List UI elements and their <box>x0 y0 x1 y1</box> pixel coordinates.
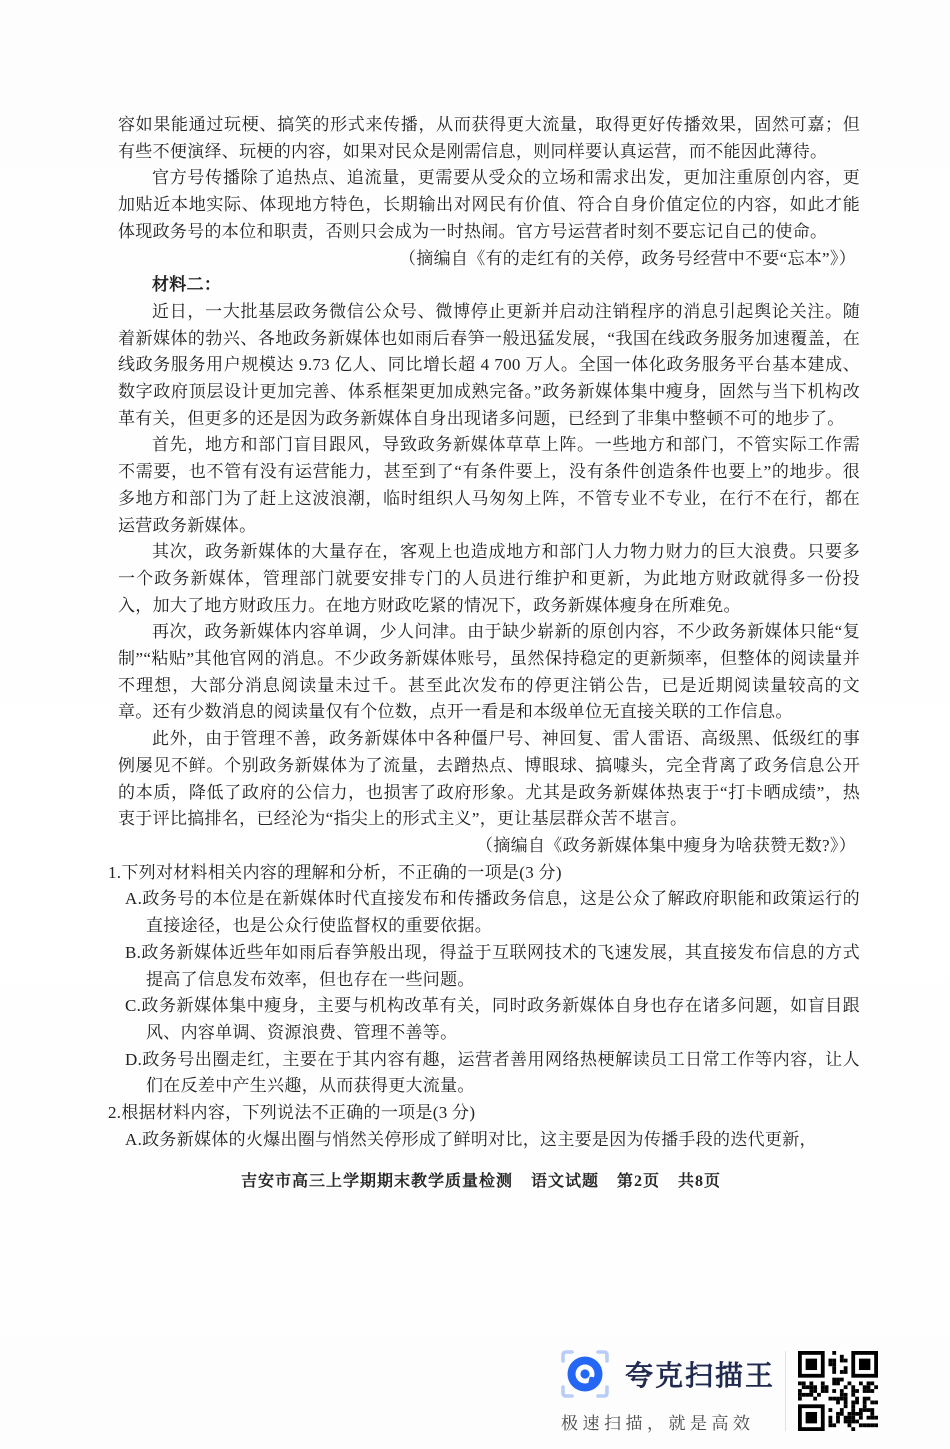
paragraph-option: A.政务号的本位是在新媒体时代直接发布和传播政务信息，这是公众了解政府职能和政策… <box>125 886 860 939</box>
paragraph-cite: （摘编自《有的走红有的关停，政务号经营中不要“忘本”》） <box>118 246 856 273</box>
brand-divider <box>785 1351 786 1431</box>
paragraph-indent: 近日，一大批基层政务微信公众号、微博停止更新并启动注销程序的消息引起舆论关注。随… <box>118 299 860 433</box>
footer-page-number: 第2页 <box>617 1173 660 1190</box>
paragraph-question: 1.下列对材料相关内容的理解和分析，不正确的一项是(3 分) <box>108 860 862 887</box>
paragraph-cite: （摘编自《政务新媒体集中瘦身为啥获赞无数?》） <box>118 833 856 860</box>
scanned-page: 容如果能通过玩梗、搞笑的形式来传播，从而获得更大流量，取得更好传播效果，固然可嘉… <box>0 0 950 1449</box>
brand-title: 夸克扫描王 <box>625 1354 775 1394</box>
footer-subject: 语文试题 <box>531 1173 599 1190</box>
paragraph-heading: 材料二： <box>118 272 862 299</box>
quark-scanner-logo-icon <box>559 1348 611 1400</box>
paragraph-indent: 再次，政务新媒体内容单调，少人问津。由于缺少崭新的原创内容，不少政务新媒体只能“… <box>118 619 860 726</box>
qr-code-icon <box>798 1351 878 1431</box>
page-footer: 吉安市高三上学期期末教学质量检测语文试题第2页共8页 <box>100 1168 862 1191</box>
paragraph-indent: 其次，政务新媒体的大量存在，客观上也造成地方和部门人力物力财力的巨大浪费。只要多… <box>118 539 860 619</box>
paragraph-indent: 首先，地方和部门盲目跟风，导致政务新媒体草草上阵。一些地方和部门，不管实际工作需… <box>118 432 860 539</box>
brand-left: 夸克扫描王 极速扫描，就是高效 <box>559 1348 775 1434</box>
document-scan: 容如果能通过玩梗、搞笑的形式来传播，从而获得更大流量，取得更好传播效果，固然可嘉… <box>100 112 862 1191</box>
paragraph-indent: 此外，由于管理不善，政务新媒体中各种僵尸号、神回复、雷人雷语、高级黑、低级红的事… <box>118 726 860 833</box>
paragraph-plain: 容如果能通过玩梗、搞笑的形式来传播，从而获得更大流量，取得更好传播效果，固然可嘉… <box>118 112 860 165</box>
paragraph-option: A.政务新媒体的火爆出圈与悄然关停形成了鲜明对比，这主要是因为传播手段的迭代更新… <box>125 1127 860 1154</box>
document-text: 容如果能通过玩梗、搞笑的形式来传播，从而获得更大流量，取得更好传播效果，固然可嘉… <box>100 112 862 1153</box>
paragraph-option: B.政务新媒体近些年如雨后春笋般出现，得益于互联网技术的飞速发展，其直接发布信息… <box>125 940 860 993</box>
footer-exam-name: 吉安市高三上学期期末教学质量检测 <box>241 1173 513 1190</box>
paragraph-option: C.政务新媒体集中瘦身，主要与机构改革有关，同时政务新媒体自身也存在诸多问题，如… <box>125 993 860 1046</box>
paragraph-option: D.政务号出圈走红，主要在于其内容有趣，运营者善用网络热梗解读员工日常工作等内容… <box>125 1047 860 1100</box>
brand-tagline: 极速扫描，就是高效 <box>561 1409 775 1434</box>
branding-bar: 夸克扫描王 极速扫描，就是高效 <box>559 1348 878 1434</box>
paragraph-question: 2.根据材料内容，下列说法不正确的一项是(3 分) <box>108 1100 862 1127</box>
footer-page-total: 共8页 <box>678 1173 721 1190</box>
paragraph-indent: 官方号传播除了追热点、追流量，更需要从受众的立场和需求出发，更加注重原创内容，更… <box>118 165 860 245</box>
